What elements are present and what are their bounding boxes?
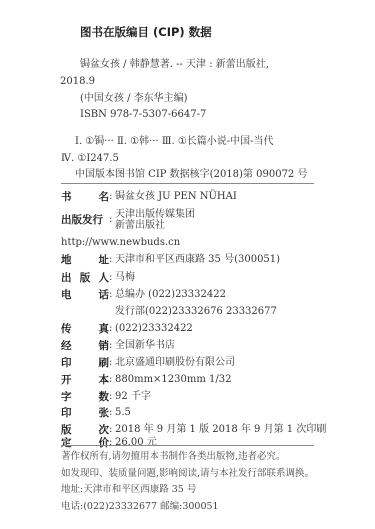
- format-value: 880mm×1230mm 1/32: [115, 373, 231, 387]
- edition-label: 版次: [61, 423, 109, 437]
- cip-number: 中国版本图书馆 CIP 数据核字(2018)第 090072 号: [75, 168, 307, 182]
- printer-row: 印刷 : 北京盛通印刷股份有限公司: [61, 356, 235, 370]
- cip-line-title-author: 锔盆女孩 / 韩静慧著. -- 天津 : 新蕾出版社,: [80, 58, 269, 72]
- format-label: 开本: [61, 373, 109, 387]
- address-value: 天津市和平区西康路 35 号(300051): [115, 253, 280, 267]
- publisher-person-value: 马梅: [115, 271, 135, 285]
- fax-row: 传真 : (022)23332422: [61, 322, 193, 336]
- distributor-row: 经销 : 全国新华书店: [61, 339, 175, 353]
- quality-notice: 如发现印、装质量问题,影响阅读,请与本社发行部联系调换。: [61, 467, 314, 481]
- word-count-row: 字数 : 92 千字: [61, 390, 151, 404]
- fax-label: 传真: [61, 322, 109, 336]
- publisher-person-label: 出版人: [61, 271, 109, 285]
- cip-line-isbn: ISBN 978-7-5307-6647-7: [80, 108, 206, 122]
- printer-label: 印刷: [61, 356, 109, 370]
- fax-value: (022)23332422: [115, 322, 193, 336]
- publisher-group: 天津出版传媒集团: [115, 209, 195, 220]
- publisher-row: 出版发行 : 天津出版传媒集团 新蕾出版社: [61, 209, 195, 231]
- cip-title: 图书在版编目 (CIP) 数据: [80, 24, 212, 40]
- edition-row: 版次 : 2018 年 9 月第 1 版 2018 年 9 月第 1 次印刷: [61, 423, 326, 437]
- sheets-label: 印张: [61, 406, 109, 420]
- price-label: 定价: [61, 436, 109, 450]
- publisher-person-row: 出版人 : 马梅: [61, 271, 135, 285]
- price-row: 定价 : 26.00 元: [61, 436, 157, 450]
- book-name-row: 书名 : 锔盆女孩 JU PEN NÜHAI: [61, 190, 237, 204]
- cip-line-series: (中国女孩 / 李东华主编): [80, 92, 188, 106]
- phone-row: 电话 : 总编办 (022)23332422: [61, 288, 226, 302]
- copyright-notice: 著作权所有,请勿擅用本书制作各类出版物,违者必究。: [61, 450, 286, 464]
- address-label: 地址: [61, 253, 109, 267]
- bottom-divider: [61, 445, 314, 446]
- printer-value: 北京盛通印刷股份有限公司: [115, 356, 235, 370]
- publisher-name: 新蕾出版社: [115, 220, 195, 231]
- cip-classification-2: Ⅳ. ①I247.5: [61, 152, 119, 166]
- phone-editorial: 总编办 (022)23332422: [115, 288, 226, 302]
- phone-label: 电话: [61, 288, 109, 302]
- cip-classification-1: Ⅰ. ①锔··· Ⅱ. ①韩··· Ⅲ. ①长篇小说-中国-当代: [75, 135, 274, 149]
- footer-contact: 电话:(022)23332677 邮编:300051: [61, 500, 219, 514]
- distributor-label: 经销: [61, 339, 109, 353]
- footer-address: 地址:天津市和平区西康路 35 号: [61, 483, 196, 497]
- distributor-value: 全国新华书店: [115, 339, 175, 353]
- edition-value: 2018 年 9 月第 1 版 2018 年 9 月第 1 次印刷: [115, 423, 326, 437]
- book-name-value: 锔盆女孩 JU PEN NÜHAI: [115, 190, 237, 204]
- publisher-label: 出版发行: [61, 213, 109, 227]
- cip-line-date: 2018.9: [60, 75, 95, 89]
- top-divider: [61, 183, 314, 184]
- phone-distribution: 发行部(022)23332676 23332677: [115, 305, 277, 319]
- website-row: http://www.newbuds.cn: [61, 236, 180, 250]
- sheets-value: 5.5: [115, 406, 131, 420]
- word-count-label: 字数: [61, 390, 109, 404]
- word-count-value: 92 千字: [115, 390, 151, 404]
- book-name-label: 书名: [61, 190, 109, 204]
- sheets-row: 印张 : 5.5: [61, 406, 131, 420]
- price-value: 26.00 元: [115, 436, 157, 450]
- address-row: 地址 : 天津市和平区西康路 35 号(300051): [61, 253, 280, 267]
- website-link[interactable]: http://www.newbuds.cn: [61, 236, 180, 250]
- format-row: 开本 : 880mm×1230mm 1/32: [61, 373, 231, 387]
- phone-row-2: 发行部(022)23332676 23332677: [115, 305, 277, 319]
